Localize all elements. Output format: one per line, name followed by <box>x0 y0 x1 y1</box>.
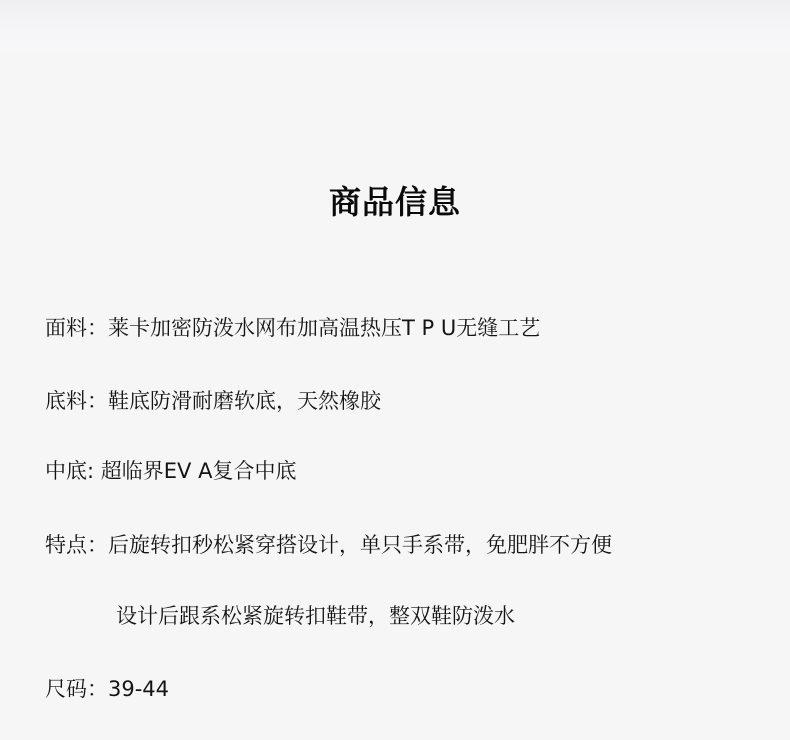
spec-value: 超临界EV A复合中底 <box>101 459 297 483</box>
spec-value: 后旋转扣秒松紧穿搭设计，单只手系带，免肥胖不方便 <box>108 533 612 557</box>
spec-value: 39-44 <box>108 677 169 701</box>
spec-row-fabric: 面料：莱卡加密防泼水网布加高温热压T P U无缝工艺 <box>45 313 540 343</box>
spec-label: 中底: <box>45 459 101 483</box>
spec-row-features-continuation: 设计后跟系松紧旋转扣鞋带，整双鞋防泼水 <box>116 601 515 631</box>
spec-label: 面料： <box>45 316 108 340</box>
spec-row-features: 特点：后旋转扣秒松紧穿搭设计，单只手系带，免肥胖不方便 <box>45 530 612 560</box>
spec-label: 尺码： <box>45 677 108 701</box>
spec-label: 特点： <box>45 533 108 557</box>
spec-row-outsole: 底料：鞋底防滑耐磨软底，天然橡胶 <box>45 386 381 416</box>
spec-label: 底料： <box>45 389 108 413</box>
spec-value: 设计后跟系松紧旋转扣鞋带，整双鞋防泼水 <box>116 604 515 628</box>
spec-row-size: 尺码：39-44 <box>45 674 169 704</box>
spec-value: 鞋底防滑耐磨软底，天然橡胶 <box>108 389 381 413</box>
top-banner-band <box>0 0 790 62</box>
page-title: 商品信息 <box>0 180 790 224</box>
spec-value: 莱卡加密防泼水网布加高温热压T P U无缝工艺 <box>108 316 540 340</box>
spec-row-midsole: 中底: 超临界EV A复合中底 <box>45 456 296 486</box>
